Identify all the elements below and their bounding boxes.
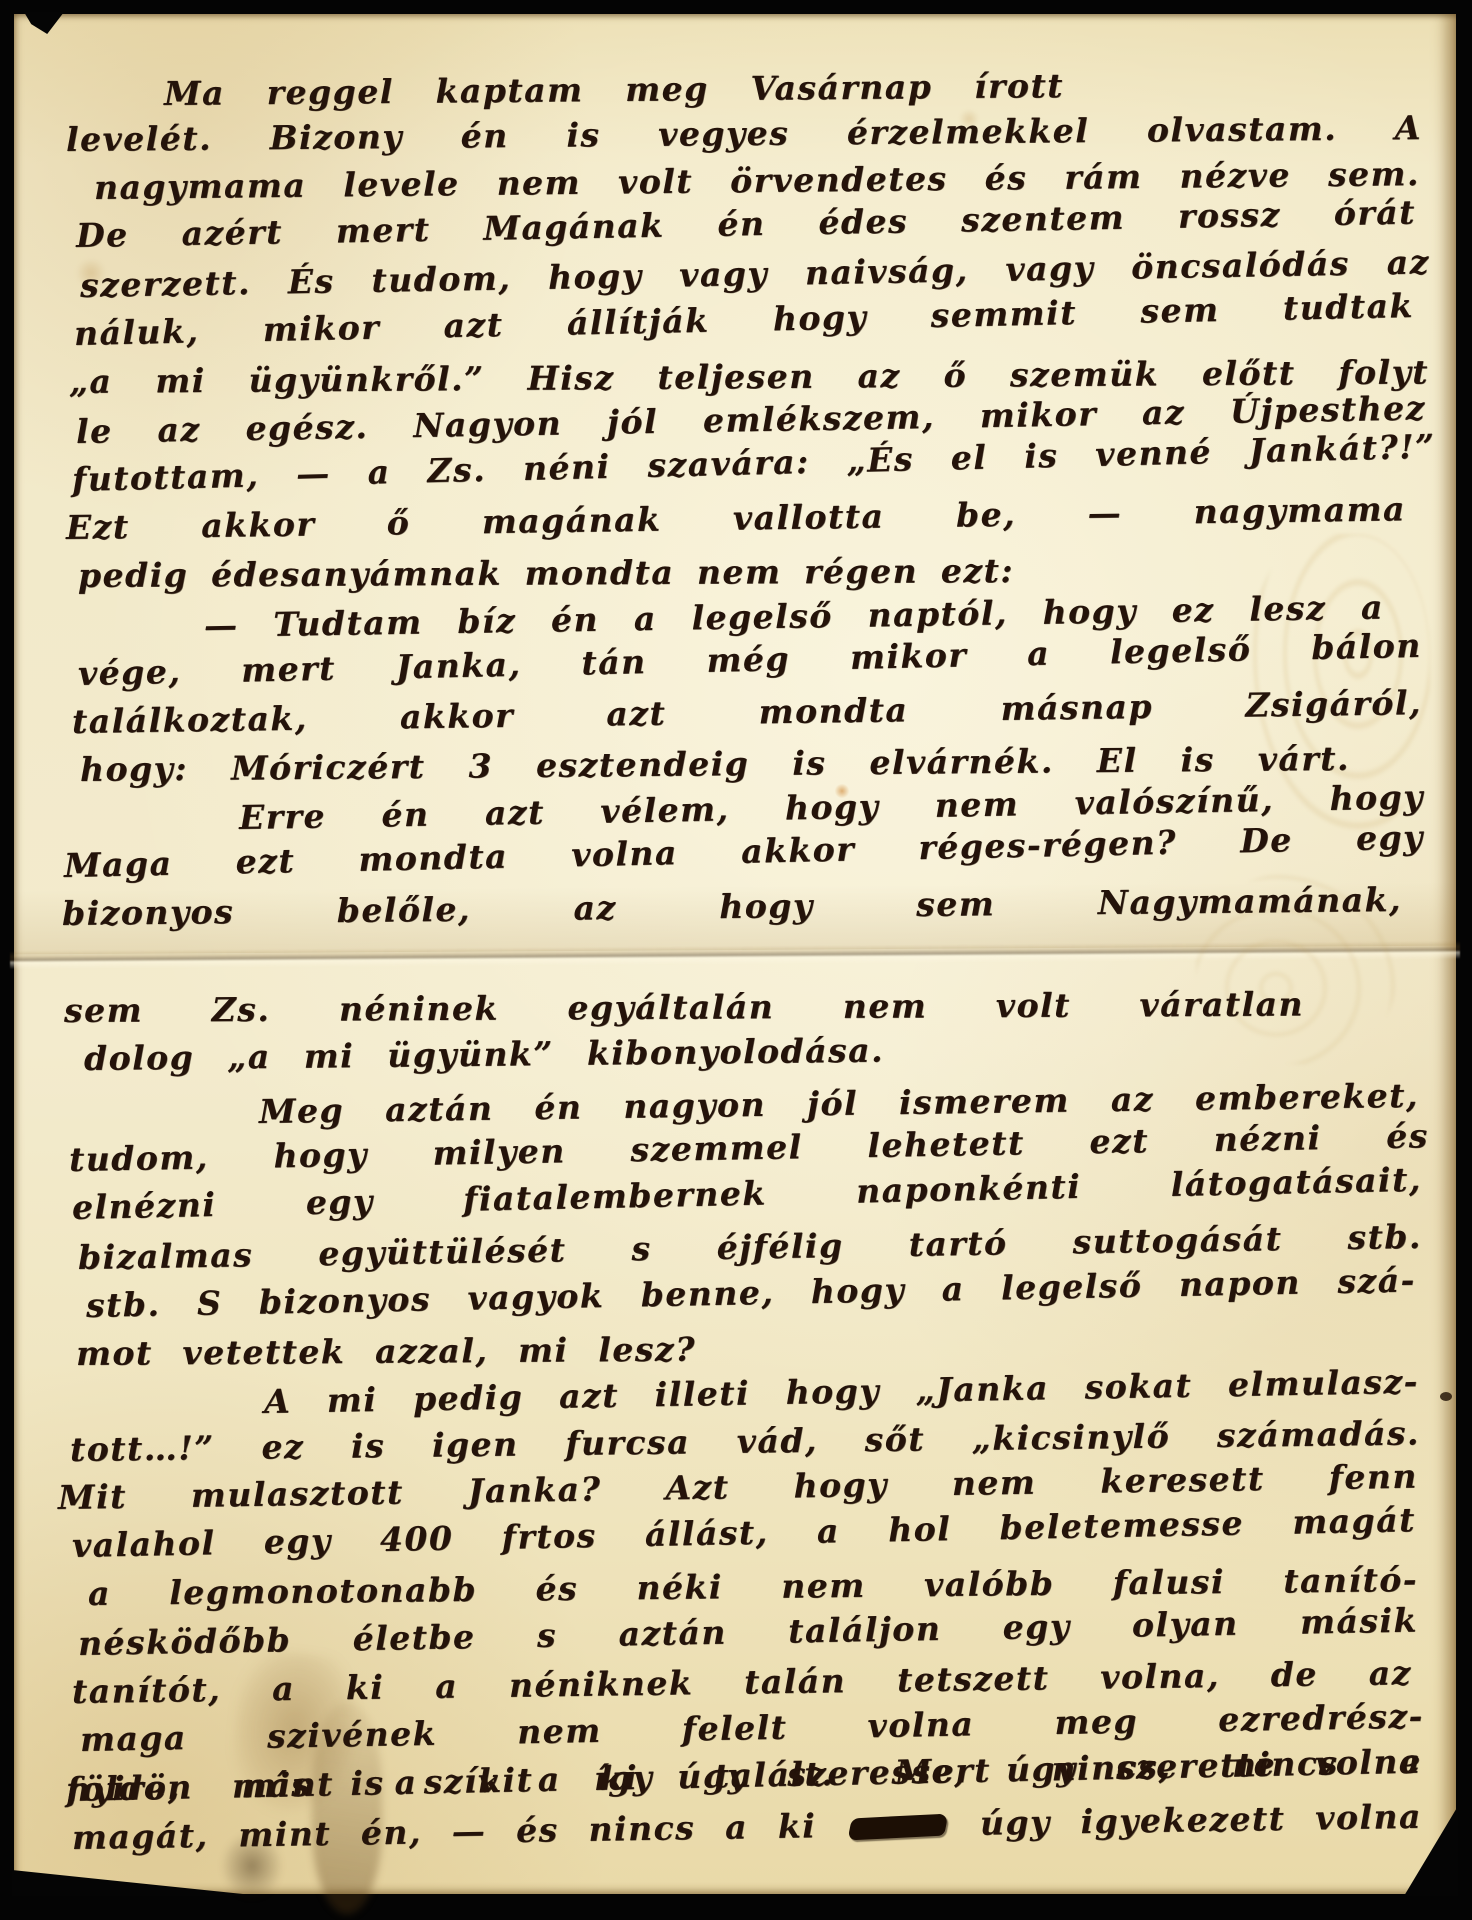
ink-blot-strikethrough xyxy=(848,1814,949,1841)
handwritten-line-text: magát, mint én, — és nincs a ki xyxy=(72,1806,817,1857)
handwritten-line: dolog „a mi ügyünk” kibonyolodása. xyxy=(84,1029,884,1081)
scanned-letter: Ma reggel kaptam meg Vasárnap írott leve… xyxy=(0,0,1472,1920)
handwritten-line: mot vetettek azzal, mi lesz? xyxy=(76,1328,696,1376)
handwritten-line: Ma reggel kaptam meg Vasárnap írott xyxy=(164,64,1064,116)
handwritten-line: pedig édesanyámnak mondta nem régen ezt: xyxy=(78,549,1014,598)
corner-tear xyxy=(24,12,64,34)
letter-page: Ma reggel kaptam meg Vasárnap írott leve… xyxy=(14,14,1456,1894)
ink-speck xyxy=(1440,1392,1452,1401)
handwritten-line: sem Zs. néninek egyáltalán nem volt vára… xyxy=(64,983,1304,1033)
handwritten-line-text: úgy igyekezett volna xyxy=(980,1797,1422,1843)
